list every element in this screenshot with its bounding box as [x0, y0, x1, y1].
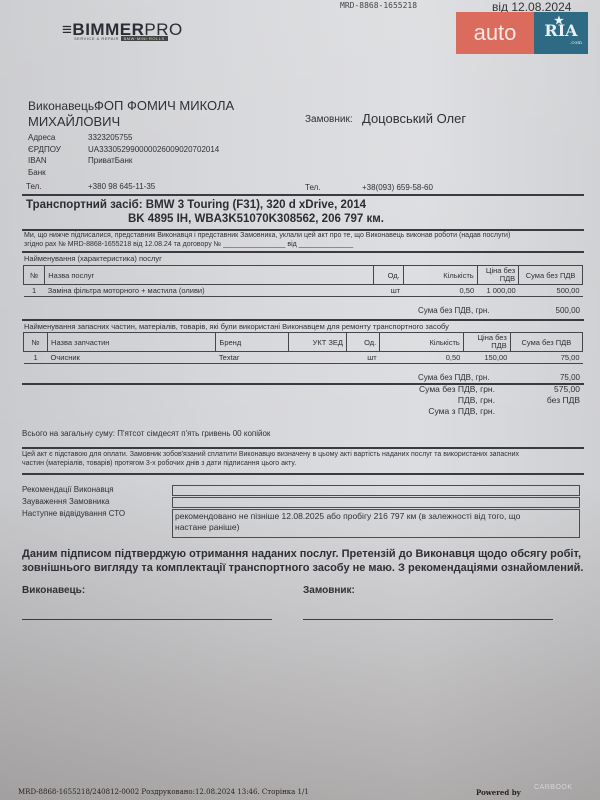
watermark-auto: auto — [456, 12, 534, 54]
customer-signature-label: Замовник: — [303, 585, 355, 596]
contractor-fields-values: 3323205755 UA333052990000026009020702014… — [88, 132, 219, 167]
part-unit: шт — [346, 352, 379, 364]
watermark-ria: ★ RIA .com — [534, 12, 588, 54]
customer-label: Замовник: — [305, 114, 353, 125]
contractor-signature-label: Виконавець: — [22, 585, 85, 596]
confirmation-line1: Даним підписом підтверджую отримання над… — [22, 547, 583, 561]
part-price: 150,00 — [463, 352, 510, 364]
customer-phone-label: Тел. — [305, 183, 321, 192]
print-footer: MRD-8868-1655218/240812-0002 Роздрукован… — [18, 788, 309, 796]
services-header-row: № Назва послуг Од. Кількість Ціна без ПД… — [24, 266, 583, 285]
services-subtotal-label: Сума без ПДВ, грн. — [418, 306, 489, 315]
col-unit: Од. — [346, 333, 379, 352]
next-visit-line2: настане раніше) — [175, 522, 577, 533]
field-value-edrpou: 3323205755 — [88, 132, 219, 144]
part-name: Очисник — [48, 352, 216, 364]
divider — [22, 251, 584, 253]
vehicle-line2: BK 4895 IH, WBA3K51070K308562, 206 797 к… — [128, 213, 384, 225]
field-value-iban: UA333052990000026009020702014 — [88, 144, 219, 156]
watermark-com-text: .com — [570, 40, 582, 46]
parts-table: № Назва запчастин Бренд УКТ ЗЕД Од. Кіль… — [23, 332, 583, 364]
total-vat-value: без ПДВ — [520, 395, 580, 406]
part-qty: 0,50 — [380, 352, 464, 364]
contractor-signature-line — [22, 619, 272, 620]
parts-section-title: Найменування запасних частин, матеріалів… — [24, 322, 449, 331]
col-sum: Сума без ПДВ — [510, 333, 582, 352]
customer-name: Доцовський Олег — [362, 111, 466, 126]
field-label-address: Адреса — [28, 132, 61, 144]
contractor-label: Виконавець: — [28, 99, 97, 113]
service-unit: шт — [374, 285, 403, 297]
contractor-phone: +380 98 645-11-35 — [88, 182, 155, 191]
table-row: 1 Очисник Textar шт 0,50 150,00 75,00 — [24, 352, 583, 364]
field-label-edrpou: ЄРДПОУ — [28, 144, 61, 156]
divider — [22, 319, 584, 321]
star-icon: ★ — [554, 14, 564, 27]
contractor-name-line1: ФОП ФОМИЧ МИКОЛА — [94, 98, 234, 113]
total-in-words: Всього на загальну суму: П'ятсот сімдеся… — [22, 429, 270, 438]
next-visit-field: рекомендовано не пізніше 12.08.2025 або … — [172, 509, 580, 538]
service-no: 1 — [24, 285, 45, 297]
confirmation-text: Даним підписом підтверджую отримання над… — [22, 547, 583, 575]
next-visit-label: Наступне відвідування СТО — [22, 509, 125, 518]
intro-line2: згідно рах № MRD-8868-1655218 від 12.08.… — [24, 240, 510, 249]
col-qty: Кількість — [403, 266, 477, 285]
intro-line1: Ми, що нижче підписалися, представник Ви… — [24, 231, 510, 240]
col-price: Ціна без ПДВ — [463, 333, 510, 352]
payment-note: Цей акт є підставою для оплати. Замовник… — [22, 450, 519, 468]
contractor-phone-label: Тел. — [26, 182, 42, 191]
total-vat-label: ПДВ, грн. — [395, 395, 495, 406]
field-value-bank: ПриватБанк — [88, 155, 219, 167]
divider — [22, 383, 584, 385]
vehicle-line1: Транспортний засіб: BMW 3 Touring (F31),… — [26, 199, 366, 211]
col-price: Ціна без ПДВ — [477, 266, 519, 285]
contractor-fields-labels: Адреса ЄРДПОУ IBAN Банк — [28, 132, 61, 178]
col-unit: Од. — [374, 266, 403, 285]
col-qty: Кількість — [380, 333, 464, 352]
confirmation-line2: зовнішнього вигляду та комплектації тран… — [22, 561, 583, 575]
totals-values: 575,00 без ПДВ — [520, 384, 580, 406]
carbook-logo: CARBOOK — [534, 784, 573, 791]
parts-header-row: № Назва запчастин Бренд УКТ ЗЕД Од. Кіль… — [24, 333, 583, 352]
powered-by-label: Powered by — [476, 788, 521, 797]
divider — [22, 447, 584, 449]
col-sum: Сума без ПДВ — [519, 266, 583, 285]
table-row: 1 Заміна фільтра моторного + мастила (ол… — [24, 285, 583, 297]
col-brand: Бренд — [216, 333, 288, 352]
autoria-watermark: auto ★ RIA .com — [456, 12, 588, 54]
total-net-label: Сума без ПДВ, грн. — [395, 384, 495, 395]
divider — [22, 194, 584, 196]
col-ukt-zed: УКТ ЗЕД — [288, 333, 346, 352]
customer-notes-field — [172, 497, 580, 508]
part-brand: Textar — [216, 352, 288, 364]
recommendations-field — [172, 485, 580, 496]
field-label-bank: Банк — [28, 167, 61, 179]
divider — [22, 473, 584, 475]
parts-subtotal-label: Сума без ПДВ, грн. — [418, 373, 489, 382]
service-sum: 500,00 — [519, 285, 583, 297]
parts-subtotal-value: 75,00 — [520, 373, 580, 382]
part-ukt-zed — [288, 352, 346, 364]
col-service-name: Назва послуг — [45, 266, 374, 285]
part-sum: 75,00 — [510, 352, 582, 364]
col-no: № — [24, 266, 45, 285]
service-price: 1 000,00 — [477, 285, 519, 297]
next-visit-line1: рекомендовано не пізніше 12.08.2025 або … — [175, 511, 577, 522]
recommendations-label: Рекомендації Виконавця — [22, 485, 114, 494]
contractor-name-line2: МИХАЙЛОВИЧ — [28, 114, 120, 129]
logo-sub-text: SERVICE & REPAIR — [74, 36, 119, 41]
customer-notes-label: Зауваження Замовника — [22, 497, 109, 506]
intro-text: Ми, що нижче підписалися, представник Ви… — [24, 231, 510, 249]
field-label-iban: IBAN — [28, 155, 61, 167]
customer-phone: +38(093) 659-58-60 — [362, 183, 433, 192]
services-table: № Назва послуг Од. Кількість Ціна без ПД… — [23, 265, 583, 297]
services-subtotal-value: 500,00 — [520, 306, 580, 315]
payment-note-line2: частин (матеріалів, товарів) протягом 3-… — [22, 459, 519, 468]
part-no: 1 — [24, 352, 48, 364]
payment-note-line1: Цей акт є підставою для оплати. Замовник… — [22, 450, 519, 459]
customer-signature-line — [303, 619, 553, 620]
document-number: MRD-8868-1655218 — [340, 1, 417, 10]
col-no: № — [24, 333, 48, 352]
total-net-value: 575,00 — [520, 384, 580, 395]
logo-tagline: SERVICE & REPAIR BMW·MINI·ROLLS — [74, 36, 168, 41]
col-part-name: Назва запчастин — [48, 333, 216, 352]
logo-band-text: BMW·MINI·ROLLS — [121, 36, 168, 41]
totals-labels: Сума без ПДВ, грн. ПДВ, грн. Сума з ПДВ,… — [395, 384, 495, 417]
service-name: Заміна фільтра моторного + мастила (олив… — [45, 285, 374, 297]
services-section-title: Найменування (характеристика) послуг — [24, 254, 162, 263]
total-gross-label: Сума з ПДВ, грн. — [395, 406, 495, 417]
service-qty: 0,50 — [403, 285, 477, 297]
